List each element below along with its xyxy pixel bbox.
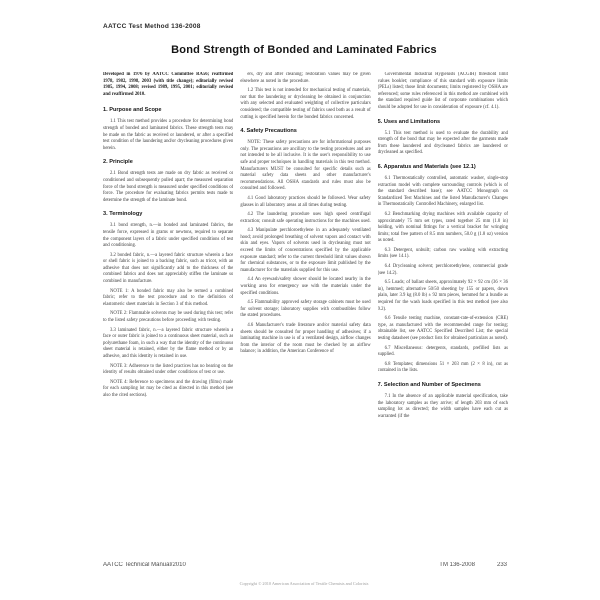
- paragraph: 4.1 Good laboratory practices should be …: [240, 196, 370, 209]
- paragraph: 6.6 Tensile testing machine, constant-ra…: [378, 316, 508, 342]
- columns: Developed in 1976 by AATCC Committee RA5…: [103, 72, 508, 556]
- paragraph: 6.7 Miscellaneous: detergents, standards…: [378, 346, 508, 359]
- paragraph: Developed in 1976 by AATCC Committee RA5…: [103, 72, 233, 98]
- paragraph: NOTE 4: Reference to specimens and the d…: [103, 380, 233, 400]
- paragraph: 4.3 Manipulate perchloroethylene in an a…: [240, 228, 370, 274]
- column-2: ers, dry and after cleaning; restoration…: [240, 72, 370, 556]
- paragraph: Governmental Industrial Hygienists (ACGI…: [378, 72, 508, 112]
- section-heading: 4. Safety Precautions: [240, 128, 370, 135]
- column-3: Governmental Industrial Hygienists (ACGI…: [378, 72, 508, 556]
- paragraph: 6.2 Benchmarking drying machines with av…: [378, 212, 508, 245]
- paragraph: 3.3 laminated fabric, n.—a layered fabri…: [103, 328, 233, 361]
- document-page: AATCC Test Method 136-2008 Bond Strength…: [0, 0, 600, 600]
- paragraph: 6.8 Templates; dimensions 51 × 203 mm (2…: [378, 362, 508, 375]
- paragraph: 2.1 Bond strength tests are made on dry …: [103, 171, 233, 204]
- paragraph: 3.1 bond strength, n.—in bonded and lami…: [103, 223, 233, 249]
- paragraph: NOTE 3: Adherence to the listed practice…: [103, 364, 233, 377]
- paragraph: NOTE 2: Flammable solvents may be used d…: [103, 311, 233, 324]
- paragraph: 6.5 Loads; of ballast sheets, approximat…: [378, 280, 508, 313]
- page-number: 233: [497, 562, 507, 568]
- page-footer: AATCC Technical Manual/2010 TM 136-2008 …: [103, 562, 507, 568]
- paragraph: 5.1 This test method is used to evaluate…: [378, 131, 508, 157]
- section-heading: 5. Uses and Limitations: [378, 119, 508, 126]
- paragraph: 1.2 This test is not intended for mechan…: [240, 88, 370, 121]
- footer-right-group: TM 136-2008 233: [439, 562, 507, 568]
- paragraph: 3.2 bonded fabric, n.—a layered fabric s…: [103, 253, 233, 286]
- paragraph: NOTE: These safety precautions are for i…: [240, 140, 370, 193]
- copyright-line: Copyright © 2010 American Association of…: [100, 581, 508, 586]
- paragraph: 6.1 Thermostatically controlled, automat…: [378, 176, 508, 209]
- footer-manual-label: AATCC Technical Manual/2010: [103, 562, 186, 568]
- document-header: AATCC Test Method 136-2008: [103, 23, 201, 30]
- page-title: Bond Strength of Bonded and Laminated Fa…: [100, 44, 508, 56]
- paragraph: NOTE 1: A bonded fabric may also be term…: [103, 289, 233, 309]
- section-heading: 1. Purpose and Scope: [103, 107, 233, 114]
- paragraph: 4.5 Flammability approved safety storage…: [240, 300, 370, 320]
- column-1: Developed in 1976 by AATCC Committee RA5…: [103, 72, 233, 556]
- section-heading: 2. Principle: [103, 159, 233, 166]
- section-heading: 3. Terminology: [103, 211, 233, 218]
- section-heading: 7. Selection and Number of Specimens: [378, 382, 508, 389]
- footer-method-label: TM 136-2008: [439, 562, 475, 568]
- paragraph: 7.1 In the absence of an applicable mate…: [378, 394, 508, 420]
- paragraph: 6.3 Detergent, unbuilt; carbon raw washi…: [378, 248, 508, 261]
- paragraph: 4.4 An eyewash/safety shower should be l…: [240, 277, 370, 297]
- section-heading: 6. Apparatus and Materials (see 12.1): [378, 164, 508, 171]
- paragraph: 4.2 The laundering procedure uses high s…: [240, 212, 370, 225]
- paragraph: 1.1 This test method provides a procedur…: [103, 119, 233, 152]
- paragraph: 4.6 Manufacturer's trade literature and/…: [240, 323, 370, 356]
- paragraph: 6.4 Drycleaning solvent; perchloroethyle…: [378, 264, 508, 277]
- paragraph: ers, dry and after cleaning; restoration…: [240, 72, 370, 85]
